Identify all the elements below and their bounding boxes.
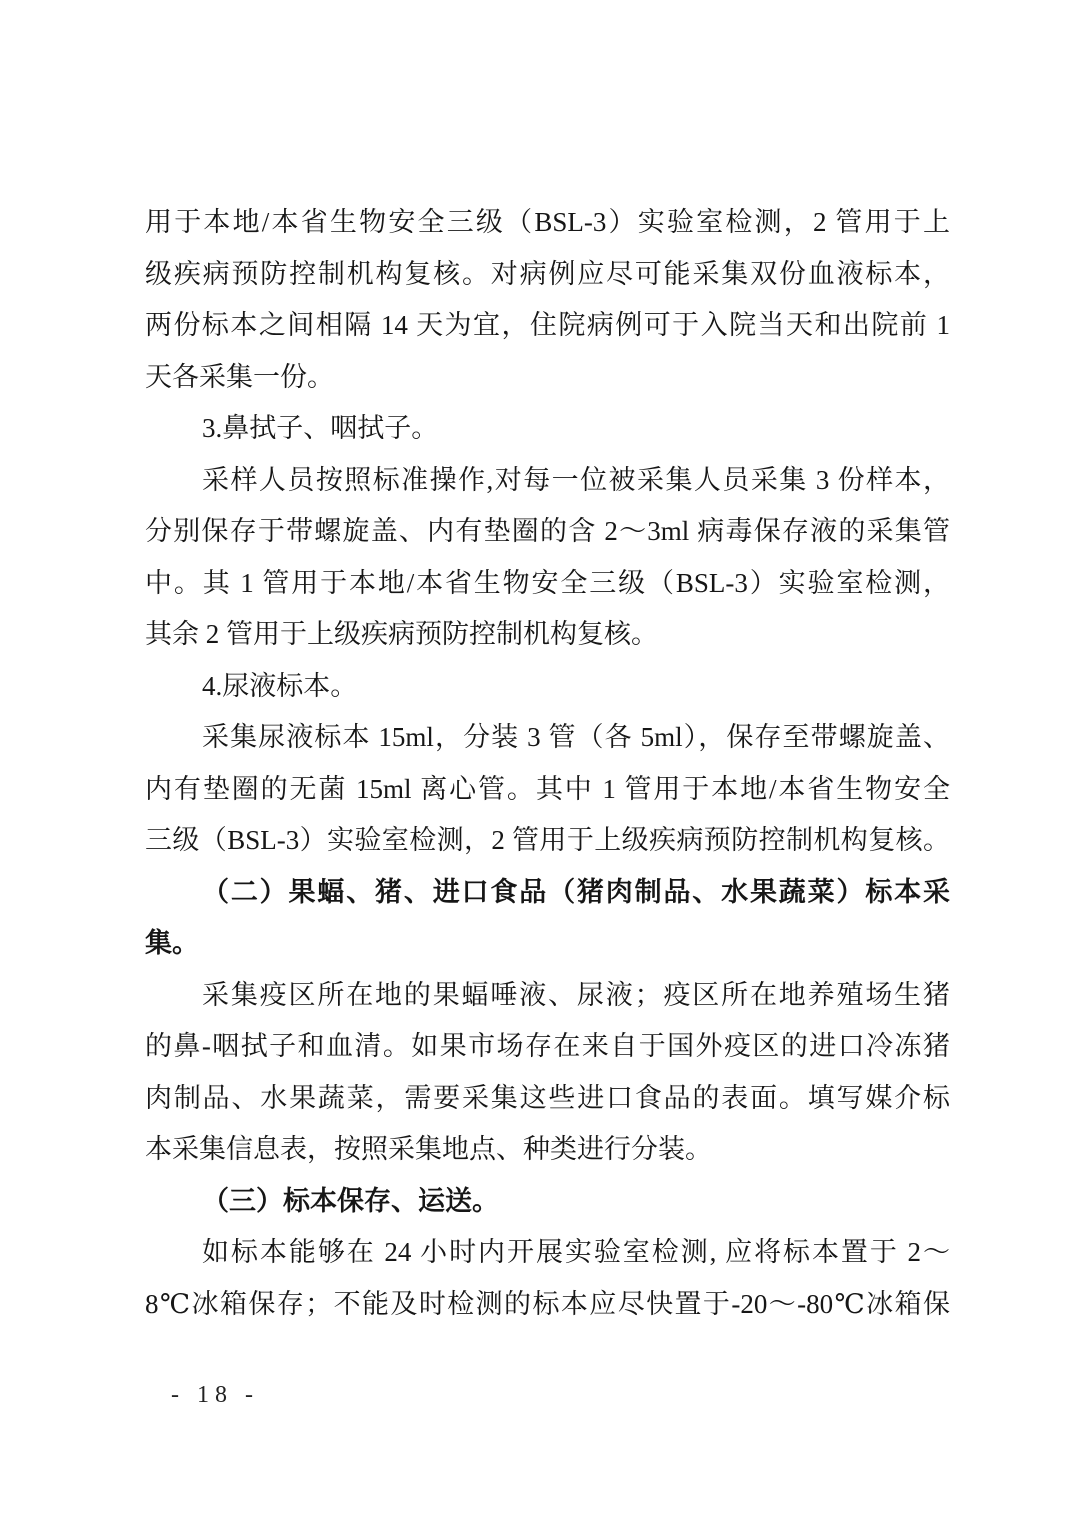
document-page: 用于本地/本省生物安全三级（BSL-3）实验室检测，2 管用于上 级疾病预防控制… [0, 0, 1080, 1527]
section-heading-line: （三）标本保存、运送。 [145, 1176, 950, 1228]
list-item-heading: 4.尿液标本。 [145, 661, 950, 713]
section-heading-line: （二）果蝠、猪、进口食品（猪肉制品、水果蔬菜）标本采 [145, 867, 950, 919]
text-line: 如标本能够在 24 小时内开展实验室检测, 应将标本置于 2～ [145, 1227, 950, 1279]
body-text-block: 用于本地/本省生物安全三级（BSL-3）实验室检测，2 管用于上 级疾病预防控制… [145, 197, 950, 1330]
text-line: 肉制品、水果蔬菜，需要采集这些进口食品的表面。填写媒介标 [145, 1073, 950, 1125]
text-line: 8℃冰箱保存；不能及时检测的标本应尽快置于-20～-80℃冰箱保 [145, 1279, 950, 1331]
text-line: 的鼻-咽拭子和血清。如果市场存在来自于国外疫区的进口冷冻猪 [145, 1021, 950, 1073]
text-line: 采集疫区所在地的果蝠唾液、尿液；疫区所在地养殖场生猪 [145, 970, 950, 1022]
text-line: 分别保存于带螺旋盖、内有垫圈的含 2～3ml 病毒保存液的采集管 [145, 506, 950, 558]
text-line: 两份标本之间相隔 14 天为宜，住院病例可于入院当天和出院前 1 [145, 300, 950, 352]
text-line: 级疾病预防控制机构复核。对病例应尽可能采集双份血液标本， [145, 249, 950, 301]
text-line: 本采集信息表，按照采集地点、种类进行分装。 [145, 1124, 950, 1176]
text-line: 中。其 1 管用于本地/本省生物安全三级（BSL-3）实验室检测， [145, 558, 950, 610]
page-number: - 18 - [171, 1382, 259, 1409]
text-line: 采样人员按照标准操作,对每一位被采集人员采集 3 份样本， [145, 455, 950, 507]
text-line: 其余 2 管用于上级疾病预防控制机构复核。 [145, 609, 950, 661]
list-item-heading: 3.鼻拭子、咽拭子。 [145, 403, 950, 455]
text-line: 三级（BSL-3）实验室检测，2 管用于上级疾病预防控制机构复核。 [145, 815, 950, 867]
text-line: 天各采集一份。 [145, 352, 950, 404]
text-line: 采集尿液标本 15ml，分装 3 管（各 5ml），保存至带螺旋盖、 [145, 712, 950, 764]
section-heading-line: 集。 [145, 918, 950, 970]
text-line: 用于本地/本省生物安全三级（BSL-3）实验室检测，2 管用于上 [145, 197, 950, 249]
text-line: 内有垫圈的无菌 15ml 离心管。其中 1 管用于本地/本省生物安全 [145, 764, 950, 816]
